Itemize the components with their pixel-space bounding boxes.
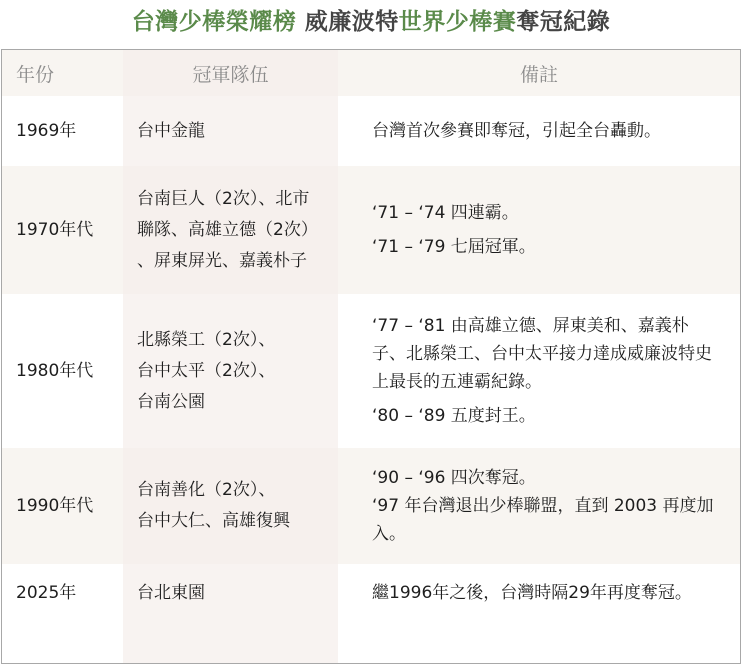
title-part-honor: 台灣少棒榮耀榜 <box>132 9 297 35</box>
team-line: 聯隊、高雄立德（2次） <box>137 215 318 246</box>
team-line: 台南巨人（2次）、北市 <box>137 184 318 215</box>
year-cell: 1980年代 <box>2 294 123 448</box>
notes-cell: ‘77 – ‘81 由高雄立德、屏東美和、嘉義朴子、北縣榮工、台中太平接力達成威… <box>338 294 740 448</box>
title-part-llws: 世界少棒賽 <box>399 9 517 35</box>
table-row: 1969年 台中金龍 台灣首次參賽即奪冠，引起全台轟動。 <box>2 96 740 166</box>
note-text: 台灣首次參賽即奪冠，引起全台轟動。 <box>372 117 732 145</box>
team-line: 台南公園 <box>137 387 275 418</box>
note-text: ‘71 – ‘79 七屆冠軍。 <box>372 233 722 261</box>
championship-table: 年份 冠軍隊伍 備註 1969年 台中金龍 台灣首次參賽即奪冠，引起全台轟動。 … <box>1 49 741 664</box>
year-cell: 1970年代 <box>2 166 123 294</box>
notes-cell: 台灣首次參賽即奪冠，引起全台轟動。 <box>338 96 740 166</box>
table-row: 1990年代 台南善化（2次）、 台中大仁、高雄復興 ‘90 – ‘96 四次奪… <box>2 448 740 564</box>
team-line: 台南善化（2次）、 <box>137 475 290 506</box>
teams-cell: 北縣榮工（2次）、 台中太平（2次）、 台南公園 <box>123 294 338 448</box>
notes-cell: 繼1996年之後，台灣時隔29年再度奪冠。 <box>338 564 740 663</box>
teams-cell: 台南善化（2次）、 台中大仁、高雄復興 <box>123 448 338 564</box>
team-line: 台中大仁、高雄復興 <box>137 506 290 537</box>
note-text: ‘71 – ‘74 四連霸。 <box>372 199 722 227</box>
team-line: 、屏東屏光、嘉義朴子 <box>137 246 318 277</box>
team-line: 北縣榮工（2次）、 <box>137 325 275 356</box>
notes-cell: ‘71 – ‘74 四連霸。 ‘71 – ‘79 七屆冠軍。 <box>338 166 740 294</box>
header-year: 年份 <box>2 50 123 96</box>
table-header-row: 年份 冠軍隊伍 備註 <box>2 50 740 96</box>
year-cell: 2025年 <box>2 564 123 663</box>
title-part-williamsport: 威廉波特 <box>296 9 399 35</box>
header-teams: 冠軍隊伍 <box>123 50 338 96</box>
note-text: ‘80 – ‘89 五度封王。 <box>372 402 722 430</box>
page-title: 台灣少棒榮耀榜 威廉波特世界少棒賽奪冠紀錄 <box>0 6 742 38</box>
header-notes: 備註 <box>338 50 740 96</box>
teams-cell: 台中金龍 <box>123 96 338 166</box>
team-line: 台中太平（2次）、 <box>137 356 275 387</box>
table-row: 2025年 台北東園 繼1996年之後，台灣時隔29年再度奪冠。 <box>2 564 740 663</box>
year-cell: 1990年代 <box>2 448 123 564</box>
table-row: 1980年代 北縣榮工（2次）、 台中太平（2次）、 台南公園 ‘77 – ‘8… <box>2 294 740 448</box>
teams-cell: 台南巨人（2次）、北市 聯隊、高雄立德（2次） 、屏東屏光、嘉義朴子 <box>123 166 338 294</box>
title-part-record: 奪冠紀錄 <box>516 9 610 35</box>
notes-cell: ‘90 – ‘96 四次奪冠。 ‘97 年台灣退出少棒聯盟，直到 2003 再度… <box>338 448 740 564</box>
note-text: ‘90 – ‘96 四次奪冠。 <box>372 464 722 492</box>
note-text: 繼1996年之後，台灣時隔29年再度奪冠。 <box>372 578 702 609</box>
table-row: 1970年代 台南巨人（2次）、北市 聯隊、高雄立德（2次） 、屏東屏光、嘉義朴… <box>2 166 740 294</box>
note-text: ‘97 年台灣退出少棒聯盟，直到 2003 再度加入。 <box>372 492 722 548</box>
note-text: ‘77 – ‘81 由高雄立德、屏東美和、嘉義朴子、北縣榮工、台中太平接力達成威… <box>372 312 722 396</box>
year-cell: 1969年 <box>2 96 123 166</box>
teams-cell: 台北東園 <box>123 564 338 663</box>
